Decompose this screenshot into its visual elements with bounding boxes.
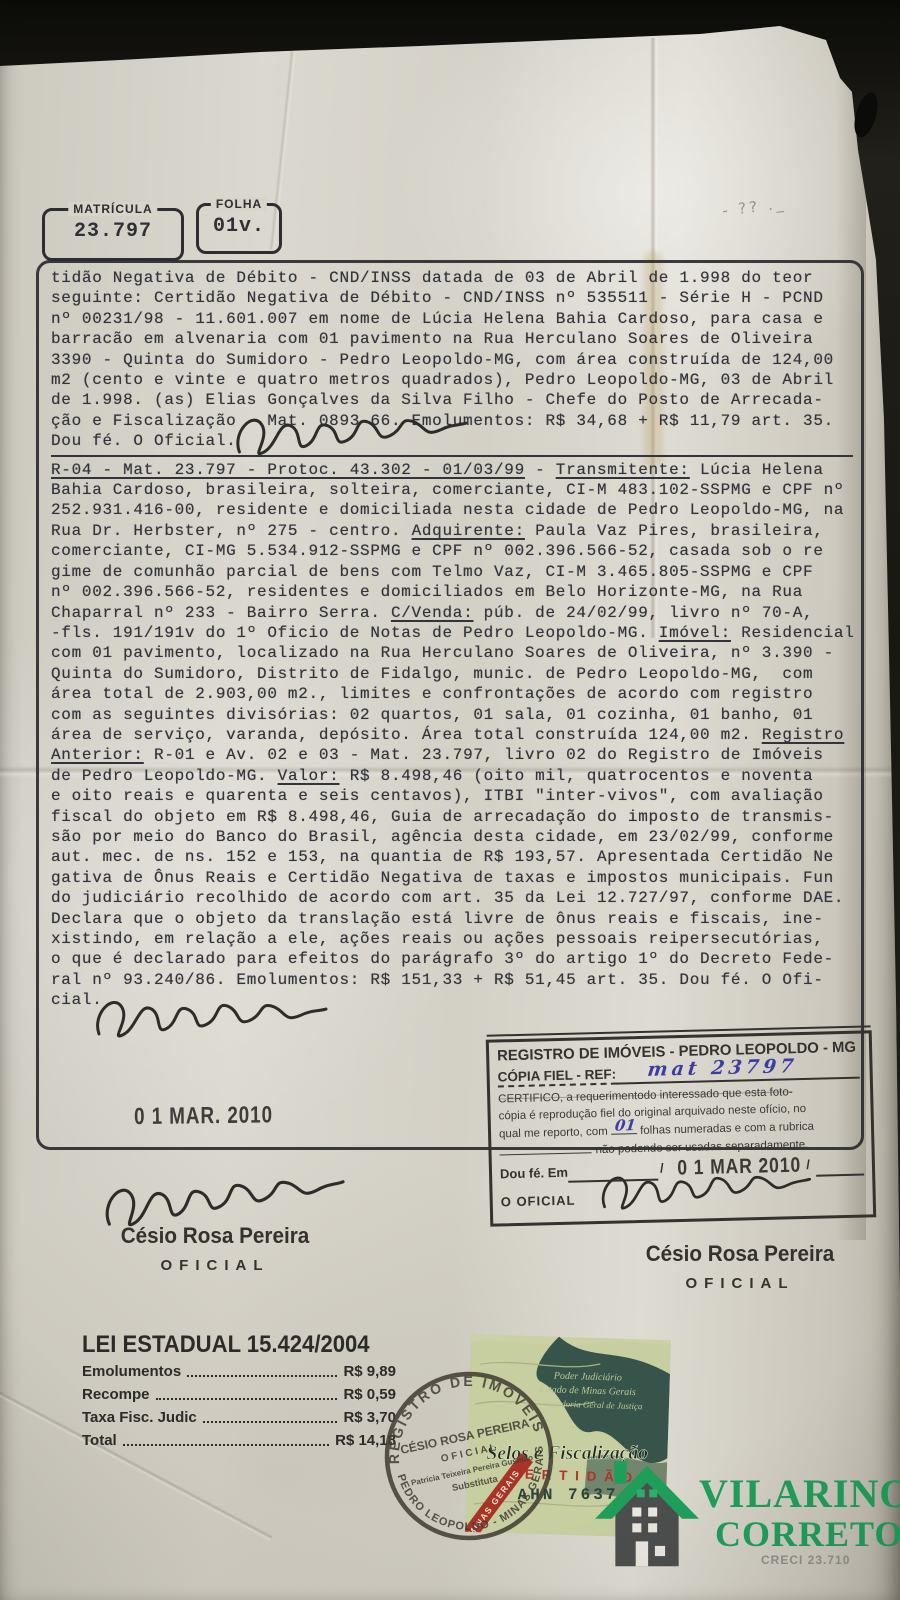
registry-text-box: tidão Negativa de Débito - CND/INSS data… [36, 260, 864, 1150]
fee-value: R$ 9,89 [343, 1363, 396, 1381]
matricula-box: MATRÍCULA 23.797 [42, 208, 184, 261]
typed-line: barracão em alvenaria com 01 pavimento n… [51, 329, 853, 349]
typed-line: xistindo, em relação a ele, ações reais … [51, 929, 853, 949]
typed-line: cial. [51, 990, 853, 1010]
fee-row: Total R$ 14,18 [82, 1432, 396, 1450]
dotted-leader [156, 1398, 338, 1400]
typed-line: nº 002.396.566-52, residentes e domicili… [51, 582, 853, 602]
dotted-leader [187, 1375, 337, 1377]
slash: / [806, 1157, 810, 1173]
fees-block: LEI ESTADUAL 15.424/2004 Emolumentos R$ … [82, 1332, 396, 1450]
house-logo-icon [595, 1452, 699, 1572]
fee-label: Emolumentos [82, 1363, 181, 1381]
typed-line: m2 (cento e vinte e quatro metros quadra… [51, 370, 853, 390]
paragraph-r04: R-04 - Mat. 23.797 - Protoc. 43.302 - 01… [51, 455, 853, 1011]
official-name: Césio Rosa Pereira [88, 1224, 342, 1248]
oficial-label: O OFICIAL [501, 1192, 576, 1209]
typed-line: seguinte: Certidão Negativa de Débito - … [51, 288, 853, 308]
fee-row: Taxa Fisc. Judic R$ 3,70 [82, 1409, 396, 1427]
folha-box: FOLHA 01v. [196, 203, 282, 254]
logo-name: VILARINO [699, 1474, 897, 1514]
doufe-label: Dou fé. Em [500, 1165, 568, 1182]
typed-line: do judiciário recolhido de acordo com ar… [51, 888, 853, 908]
round-stamp-bottom-arc: PEDRO LEOPOLDO - MINAS GERAIS [394, 1443, 560, 1547]
paragraph-cnd-inss: tidão Negativa de Débito - CND/INSS data… [51, 268, 853, 452]
fiscal-header1: Poder Judiciário [553, 1370, 622, 1383]
fee-row: Recompe R$ 0,59 [82, 1386, 396, 1404]
typed-line: Chaparral nº 233 - Bairro Serra. C/Venda… [51, 603, 853, 623]
paper-hole [850, 90, 882, 140]
official-name: Césio Rosa Pereira [599, 1242, 881, 1266]
official-title: OFICIAL [590, 1275, 890, 1292]
typed-line: 3390 - Quinta do Sumidoro - Pedro Leopol… [51, 350, 853, 370]
folha-label: FOLHA [211, 197, 267, 211]
round-notary-stamp: REGISTRO DE IMÓVEIS PEDRO LEOPOLDO - MIN… [365, 1352, 574, 1561]
typed-line: gime de comunhão parcial de bens com Tel… [51, 562, 853, 582]
typed-line: aut. mec. de ns. 152 e 153, na quantia d… [51, 847, 853, 867]
typed-line: Anterior: R-01 e Av. 02 e 03 - Mat. 23.7… [51, 745, 853, 765]
typed-line: 252.931.416-00, residente e domiciliada … [51, 500, 853, 520]
vilarino-logo: VILARINO CORRETOR CRECI 23.710 [595, 1452, 897, 1598]
typed-line: ção e Fiscalização - Mat. 0893-66. Emolu… [51, 411, 853, 431]
typed-line: comerciante, CI-MG 5.534.912-SSPMG e CPF… [51, 541, 853, 561]
cert-line3-pre: qual me reporto, com [499, 1126, 608, 1141]
dotted-leader [123, 1444, 329, 1446]
folha-value: 01v. [199, 215, 279, 238]
typed-line: Declara que o objeto da translação está … [51, 909, 853, 929]
matricula-label: MATRÍCULA [68, 202, 157, 216]
document-paper: - ?? ._ MATRÍCULA 23.797 FOLHA 01v. tidã… [0, 0, 900, 1600]
typed-line: área de serviço, varanda, depósito. Área… [51, 725, 853, 745]
typed-line: com 01 pavimento, localizado na Rua Herc… [51, 643, 853, 663]
certification-stamp-box: REGISTRO DE IMÓVEIS - PEDRO LEOPOLDO - M… [486, 1030, 876, 1226]
typed-line: fiscal do objeto em R$ 8.498,46, Guia de… [51, 807, 853, 827]
rubrica-blank [499, 1142, 591, 1155]
slash: / [660, 1160, 664, 1176]
typed-line: nº 00231/98 - 11.601.007 em nome de Lúci… [51, 309, 853, 329]
fee-label: Recompe [82, 1386, 150, 1404]
svg-text:PEDRO LEOPOLDO - MINAS GERAIS: PEDRO LEOPOLDO - MINAS GERAIS [394, 1443, 560, 1547]
dotted-leader [203, 1421, 338, 1423]
fee-label: Taxa Fisc. Judic [82, 1409, 197, 1427]
typed-line: -fls. 191/191v do 1º Oficio de Notas de … [51, 623, 853, 643]
copia-fiel-label: CÓPIA FIEL - REF: [498, 1067, 617, 1088]
fee-label: Total [82, 1432, 117, 1450]
typed-line: com as seguintes divisórias: 02 quartos,… [51, 705, 853, 725]
right-official-block: Césio Rosa Pereira OFICIAL [590, 1242, 890, 1292]
pencil-note: - ?? ._ [721, 194, 787, 220]
typed-line: Rua Dr. Herbster, nº 275 - centro. Adqui… [51, 521, 853, 541]
date-stamp-in-box: 0 1 MAR 2010 [677, 1154, 801, 1181]
folhas-handwriting: 01 [614, 1116, 637, 1135]
typed-line: área total de 2.903,00 m2., limites e co… [51, 684, 853, 704]
left-official-block: Césio Rosa Pereira OFICIAL [80, 1224, 350, 1274]
typed-line: Dou fé. O Oficial. [51, 431, 853, 451]
ref-handwriting: mat 23797 [646, 1055, 798, 1081]
typed-line: ral nº 93.240/86. Emolumentos: R$ 151,33… [51, 970, 853, 990]
cert-doufe-row: Dou fé. Em / 0 1 MAR 2010 / [500, 1157, 864, 1188]
typed-line: tidão Negativa de Débito - CND/INSS data… [51, 268, 853, 288]
photo-background: - ?? ._ MATRÍCULA 23.797 FOLHA 01v. tidã… [0, 0, 900, 1600]
typed-line: R-04 - Mat. 23.797 - Protoc. 43.302 - 01… [51, 460, 853, 480]
fees-title: LEI ESTADUAL 15.424/2004 [82, 1332, 371, 1358]
fee-row: Emolumentos R$ 9,89 [82, 1363, 396, 1381]
logo-type: CORRETOR [715, 1516, 897, 1552]
cert-line3-post: folhas numeradas e com a rubrica [640, 1121, 814, 1137]
doufe-blank1 [568, 1178, 658, 1182]
typed-line: Bahia Cardoso, brasileira, solteira, com… [51, 480, 853, 500]
fees-table: Emolumentos R$ 9,89 Recompe R$ 0,59 Taxa… [82, 1363, 396, 1450]
typed-line: e oito reais e quarenta e seis centavos)… [51, 786, 853, 806]
cert-oficial-row: O OFICIAL [501, 1185, 865, 1209]
doufe-blank2 [816, 1173, 864, 1176]
folhas-blank: 01 [611, 1123, 637, 1135]
typed-line: de Pedro Leopoldo-MG. Valor: R$ 8.498,46… [51, 766, 853, 786]
official-title: OFICIAL [80, 1257, 350, 1274]
typed-line: são por meio do Banco do Brasil, agência… [51, 827, 853, 847]
logo-creci: CRECI 23.710 [761, 1554, 897, 1567]
cert-line4-text: não podendo ser usadas separadamente. [595, 1139, 808, 1156]
typed-line: gativa de Ônus Reais e Certidão Negativa… [51, 868, 853, 888]
date-stamp-left: 0 1 MAR. 2010 [134, 1102, 273, 1131]
typed-line: o que é declarado para efeitos do parágr… [51, 949, 853, 969]
matricula-value: 23.797 [45, 220, 181, 243]
typed-line: de 1.998. (as) Elias Gonçalves da Silva … [51, 390, 853, 410]
typed-line: Quinta do Sumidoro, Distrito de Fidalgo,… [51, 664, 853, 684]
